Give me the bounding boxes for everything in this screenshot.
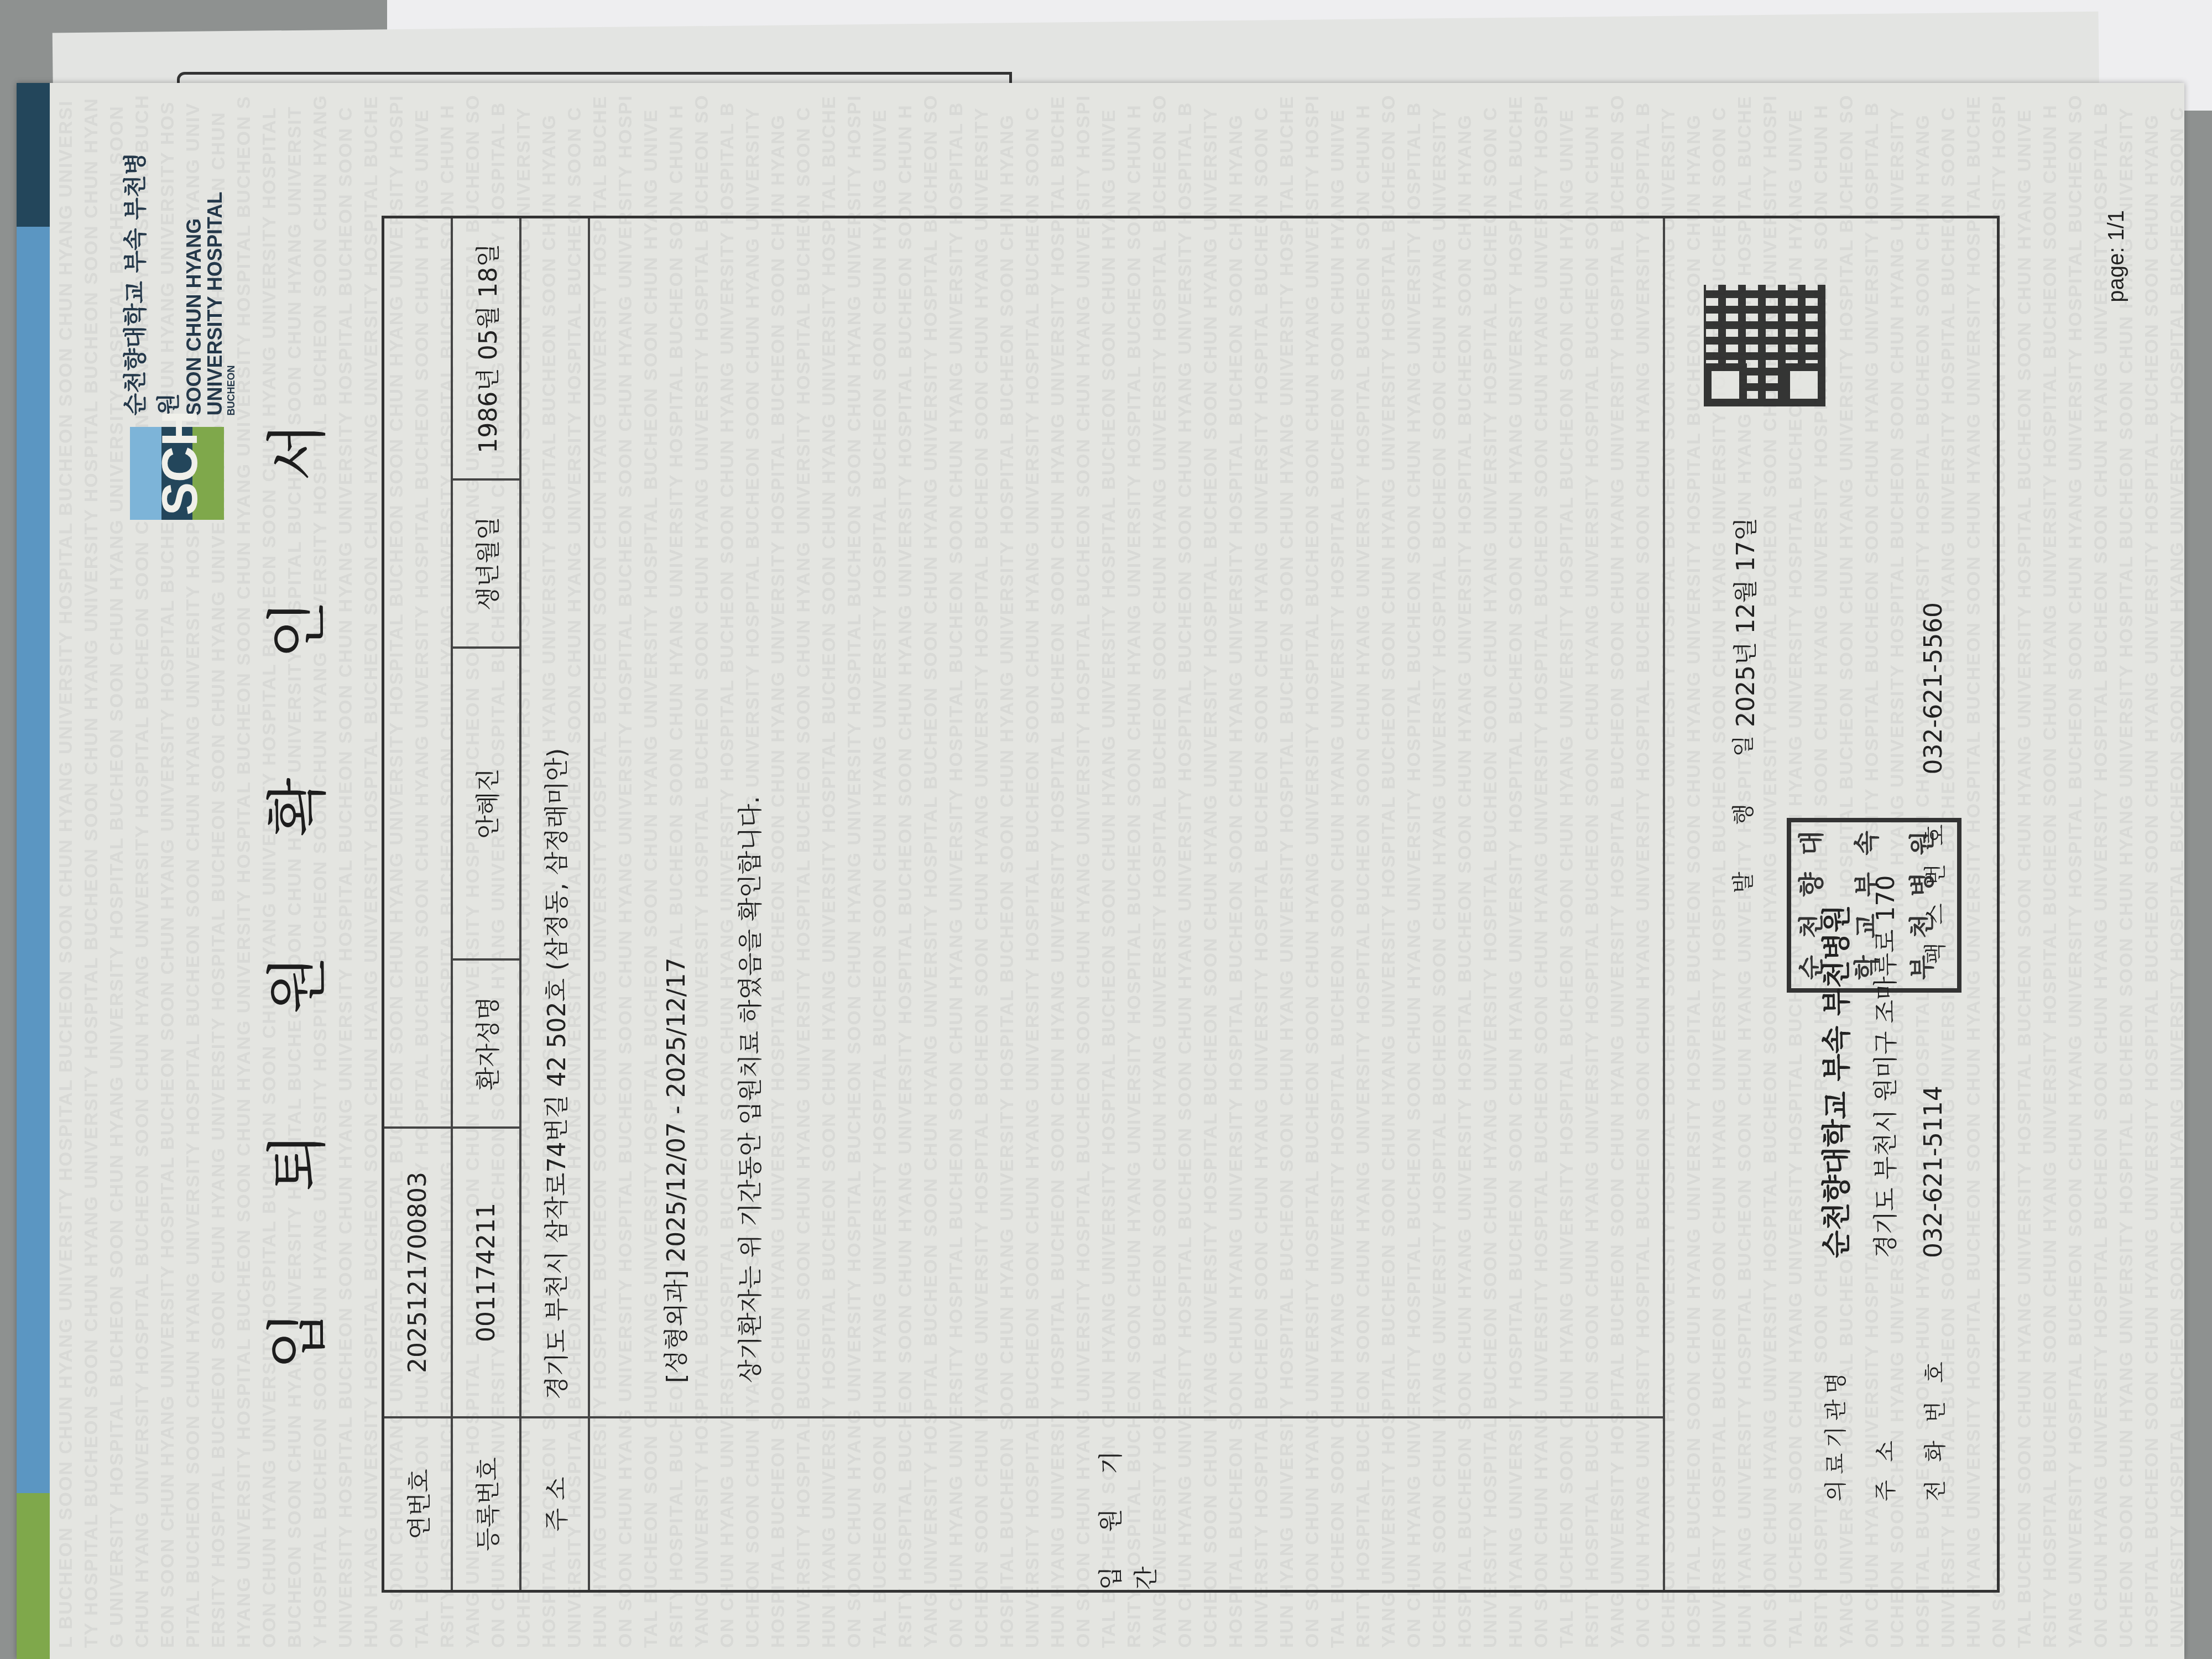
serial-label: 연번호 [384, 1416, 451, 1590]
inst-address-label: 주 소 [1868, 1258, 1900, 1501]
fax-label: 팩 스 번 호 [1918, 819, 1949, 964]
issue-date: 2025년 12월 17일 [1726, 518, 1761, 727]
document-title: 입 퇴 원 확 인 서 [249, 83, 336, 1659]
phone-value: 032-621-5114 [1919, 1086, 1948, 1258]
org-value: 순천향대학교 부속 부천병원 [1813, 905, 1855, 1258]
certificate-form: 연번호 2025121700803 등록번호 001174211 환자성명 안혜… [382, 216, 2000, 1593]
certificate-page: SOON CHUN HYANG UNIVERSITY HOSPITAL BUCH… [17, 83, 2184, 1659]
page-number: page: 1/1 [2104, 210, 2129, 302]
document-photo: SOON CHUN HYANG UNIVERSITY HOSPITAL BUCH… [17, 83, 2184, 1659]
sch-logo-icon: SCH [130, 427, 224, 520]
form-row-patient: 등록번호 001174211 환자성명 안혜진 생년월일 1986년 05월 1… [453, 218, 521, 1590]
brand-stripe-blue [17, 83, 50, 1659]
dob-label: 생년월일 [453, 478, 519, 646]
reg-value: 001174211 [453, 1126, 519, 1416]
address-value: 경기도 부천시 삼작로74번길 42 502호 (삼정동, 삼정래미안) [521, 218, 588, 1416]
serial-value: 2025121700803 [384, 1126, 451, 1416]
form-row-address: 주 소 경기도 부천시 삼작로74번길 42 502호 (삼정동, 삼정래미안) [521, 218, 590, 1590]
qr-code-icon [1704, 285, 1825, 406]
address-label: 주 소 [521, 1416, 588, 1590]
brand-stripe-green [17, 1493, 50, 1659]
hospital-name-en-2: UNIVERSITY HOSPITAL [205, 133, 226, 416]
inst-address-value: 경기도 부천시 원미구 조마루로 170 [1866, 875, 1901, 1258]
issuer-section: 발 행 일 2025년 12월 17일 순천향대학교부속부천병원 의료기관명 순… [1665, 218, 1997, 1590]
phone-label: 전 화 번 호 [1918, 1258, 1949, 1501]
issue-date-label: 발 행 일 [1726, 716, 1757, 893]
dob-value: 1986년 05월 18일 [453, 218, 519, 478]
admission-period: [성형외과] 2025/12/07 - 2025/12/17 [656, 252, 692, 1383]
logo-mark-text: SCH [152, 410, 209, 515]
org-label: 의료기관명 [1818, 1258, 1850, 1501]
hospital-name-en-3: BUCHEON [226, 133, 237, 416]
admission-label: 입 원 기 간 [590, 1416, 1663, 1590]
hospital-name-ko: 순천향대학교 부속 부천병원 [117, 133, 184, 416]
name-value: 안혜진 [453, 646, 519, 958]
hospital-logo: SCH 순천향대학교 부속 부천병원 SOON CHUN HYANG UNIVE… [105, 133, 249, 520]
reg-label: 등록번호 [453, 1416, 519, 1590]
hospital-name-en-1: SOON CHUN HYANG [184, 133, 205, 416]
form-row-ids: 연번호 2025121700803 [384, 218, 453, 1590]
fax-value: 032-621-5560 [1919, 602, 1948, 775]
admission-period-section: 입 원 기 간 [성형외과] 2025/12/07 - 2025/12/17 상… [590, 218, 1665, 1590]
name-label: 환자성명 [453, 958, 519, 1126]
brand-stripe-dark [17, 83, 50, 227]
admission-statement: 상기환자는 위 기간동안 입원치료 하였음을 확인합니다. [731, 252, 766, 1383]
brand-bar [17, 83, 100, 1659]
